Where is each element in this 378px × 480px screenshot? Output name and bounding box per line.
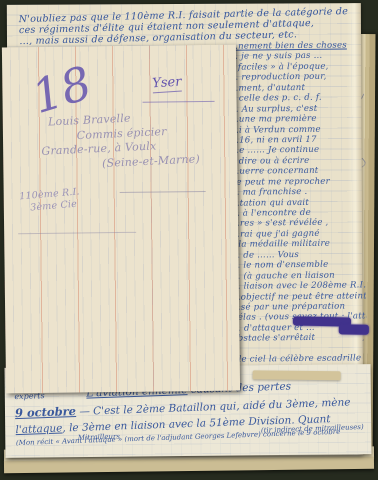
attack-underlined: l'attaque — [15, 422, 62, 436]
unit-note-block: 110ème R.I.3ème Cie — [19, 186, 81, 215]
title-word: Yser — [152, 75, 182, 94]
cover-sheet: 18 Yser Louis BravelleCommis épicierGran… — [2, 45, 240, 394]
handwriting-line: … liaison avec le 208ème R.I., — [232, 280, 366, 292]
date-label: 9 octobre — [15, 404, 77, 420]
scanned-document-photo: N'oubliez pas que le 110ème R.I. faisait… — [0, 0, 378, 480]
address-block: Louis BravelleCommis épicierGrande-rue, … — [48, 108, 201, 173]
handwriting-line: …nement bien des choses — [229, 40, 363, 52]
ink-blot — [293, 316, 351, 326]
handwriting-line: …objectif ne peut être atteint — [232, 291, 366, 303]
footnote-right: (tir indirect de mitrailleuses) — [261, 422, 364, 436]
pencil-rule — [18, 232, 136, 234]
title-underline — [143, 101, 215, 103]
pencil-rule — [120, 191, 206, 193]
